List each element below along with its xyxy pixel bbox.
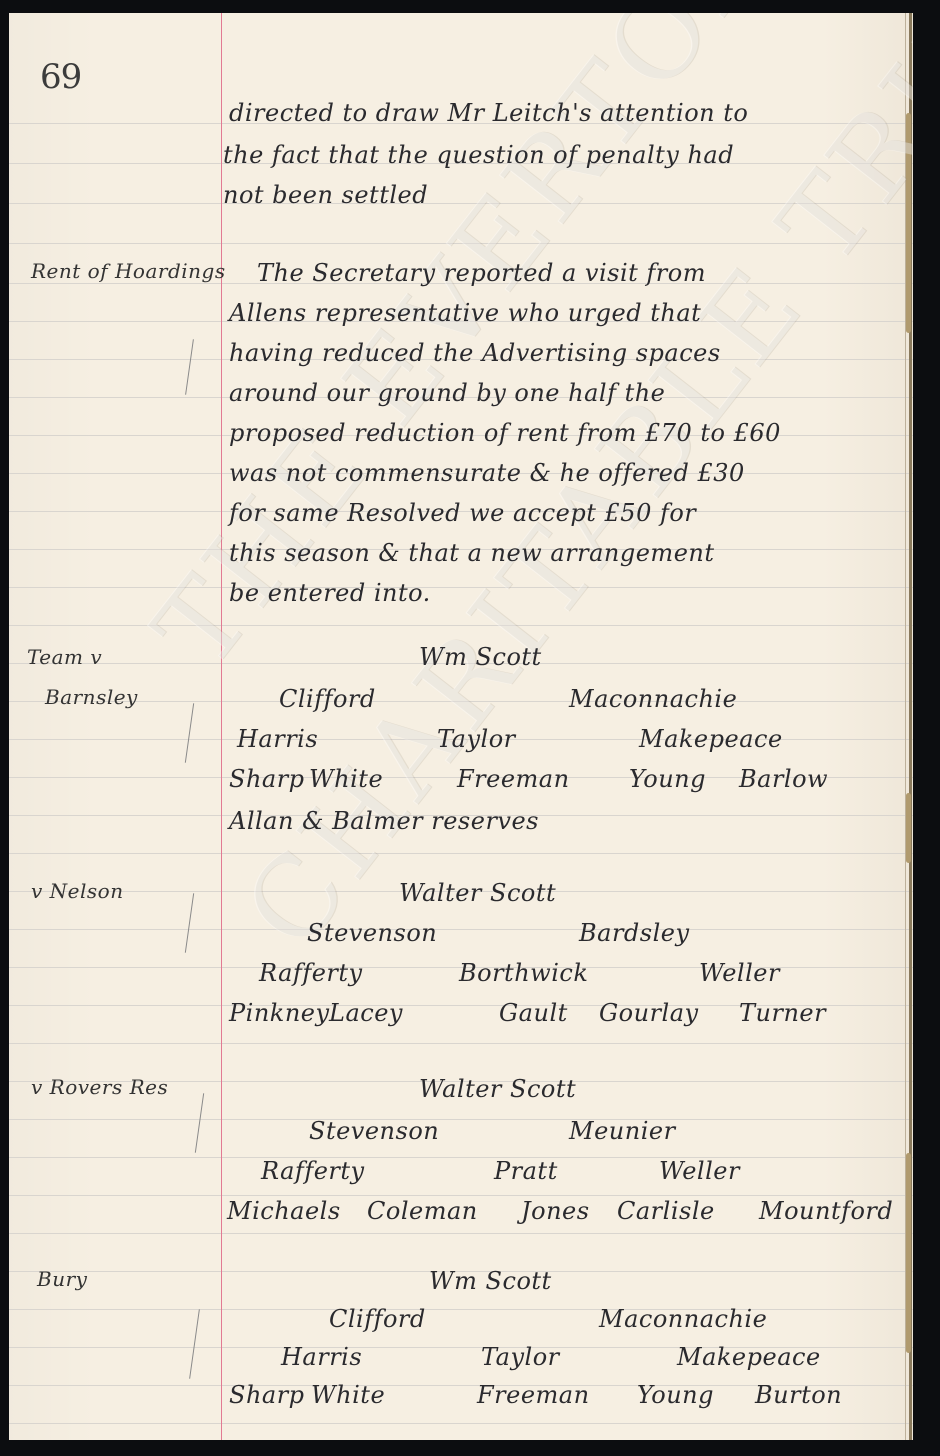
minute-line: for same Resolved we accept £50 for [229, 499, 696, 527]
minute-line: The Secretary reported a visit from [257, 259, 706, 287]
player-half: Borthwick [459, 959, 588, 987]
player-back: Stevenson [309, 1117, 439, 1145]
player-back: Maconnachie [599, 1305, 767, 1333]
player-half: Rafferty [261, 1157, 365, 1185]
player-half: Harris [237, 725, 318, 753]
binding-thread [906, 1153, 911, 1353]
minute-line: not been settled [223, 181, 428, 209]
page-number: 69 [40, 57, 81, 97]
minute-line: Allens representative who urged that [229, 299, 701, 327]
red-margin-line [221, 13, 222, 1440]
ruled-line [9, 853, 913, 854]
minute-line: around our ground by one half the [229, 379, 665, 407]
goalkeeper: Walter Scott [399, 879, 556, 907]
player-half: Taylor [437, 725, 516, 753]
margin-heading-rent-of-hoardings: Rent of Hoardings [31, 259, 226, 283]
ruled-line [9, 1043, 913, 1044]
margin-heading-opponent: v Rovers Res [31, 1075, 168, 1099]
minute-line: this season & that a new arrangement [229, 539, 715, 567]
player-forward: White [309, 765, 383, 793]
player-forward: White [311, 1381, 385, 1409]
player-forward: Burton [755, 1381, 842, 1409]
player-forward: Turner [739, 999, 826, 1027]
minute-line: directed to draw Mr Leitch's attention t… [229, 99, 748, 127]
player-half: Makepeace [639, 725, 783, 753]
check-mark [185, 339, 194, 395]
check-mark [185, 893, 194, 953]
player-half: Taylor [481, 1343, 560, 1371]
ruled-line [9, 1157, 913, 1158]
player-forward: Gault [499, 999, 568, 1027]
check-mark [189, 1309, 200, 1378]
player-forward: Young [637, 1381, 714, 1409]
margin-heading-team: Team v [27, 645, 102, 669]
binding-thread [906, 793, 911, 863]
goalkeeper: Wm Scott [419, 643, 542, 671]
goalkeeper: Wm Scott [429, 1267, 552, 1295]
minute-line: the fact that the question of penalty ha… [223, 141, 734, 169]
minute-line: was not commensurate & he offered £30 [229, 459, 745, 487]
player-forward: Barlow [739, 765, 828, 793]
player-forward: Jones [521, 1197, 590, 1225]
margin-heading-opponent: Bury [37, 1267, 87, 1291]
player-half: Harris [281, 1343, 362, 1371]
player-forward: Gourlay [599, 999, 699, 1027]
goalkeeper: Walter Scott [419, 1075, 576, 1103]
ruled-line [9, 1233, 913, 1234]
minute-line: proposed reduction of rent from £70 to £… [229, 419, 781, 447]
player-forward: Mountford [759, 1197, 893, 1225]
player-forward: Sharp [229, 765, 305, 793]
minute-line: be entered into. [229, 579, 431, 607]
player-forward: Lacey [329, 999, 403, 1027]
player-half: Pratt [494, 1157, 558, 1185]
player-half: Rafferty [259, 959, 363, 987]
player-half: Makepeace [677, 1343, 821, 1371]
player-back: Clifford [329, 1305, 426, 1333]
player-back: Clifford [279, 685, 376, 713]
player-back: Bardsley [579, 919, 690, 947]
check-mark [185, 703, 194, 763]
player-forward: Michaels [227, 1197, 341, 1225]
player-forward: Sharp [229, 1381, 305, 1409]
player-forward: Carlisle [617, 1197, 715, 1225]
check-mark [195, 1093, 204, 1153]
margin-heading-opponent: v Nelson [31, 879, 124, 903]
minute-line: having reduced the Advertising spaces [229, 339, 721, 367]
player-forward: Pinkney [229, 999, 330, 1027]
player-forward: Coleman [367, 1197, 478, 1225]
player-forward: Freeman [457, 765, 570, 793]
ruled-line [9, 1195, 913, 1196]
player-back: Meunier [569, 1117, 676, 1145]
ledger-page: THE EVERTON COLLECTION CHARITABLE TRUST … [9, 13, 913, 1440]
ruled-line [9, 1309, 913, 1310]
ruled-line [9, 1119, 913, 1120]
player-half: Weller [659, 1157, 740, 1185]
player-forward: Freeman [477, 1381, 590, 1409]
player-forward: Young [629, 765, 706, 793]
ruled-line [9, 1423, 913, 1424]
ruled-line [9, 929, 913, 930]
margin-heading-opponent: Barnsley [45, 685, 138, 709]
player-back: Stevenson [307, 919, 437, 947]
player-back: Maconnachie [569, 685, 737, 713]
reserves-note: Allan & Balmer reserves [229, 807, 539, 835]
player-half: Weller [699, 959, 780, 987]
